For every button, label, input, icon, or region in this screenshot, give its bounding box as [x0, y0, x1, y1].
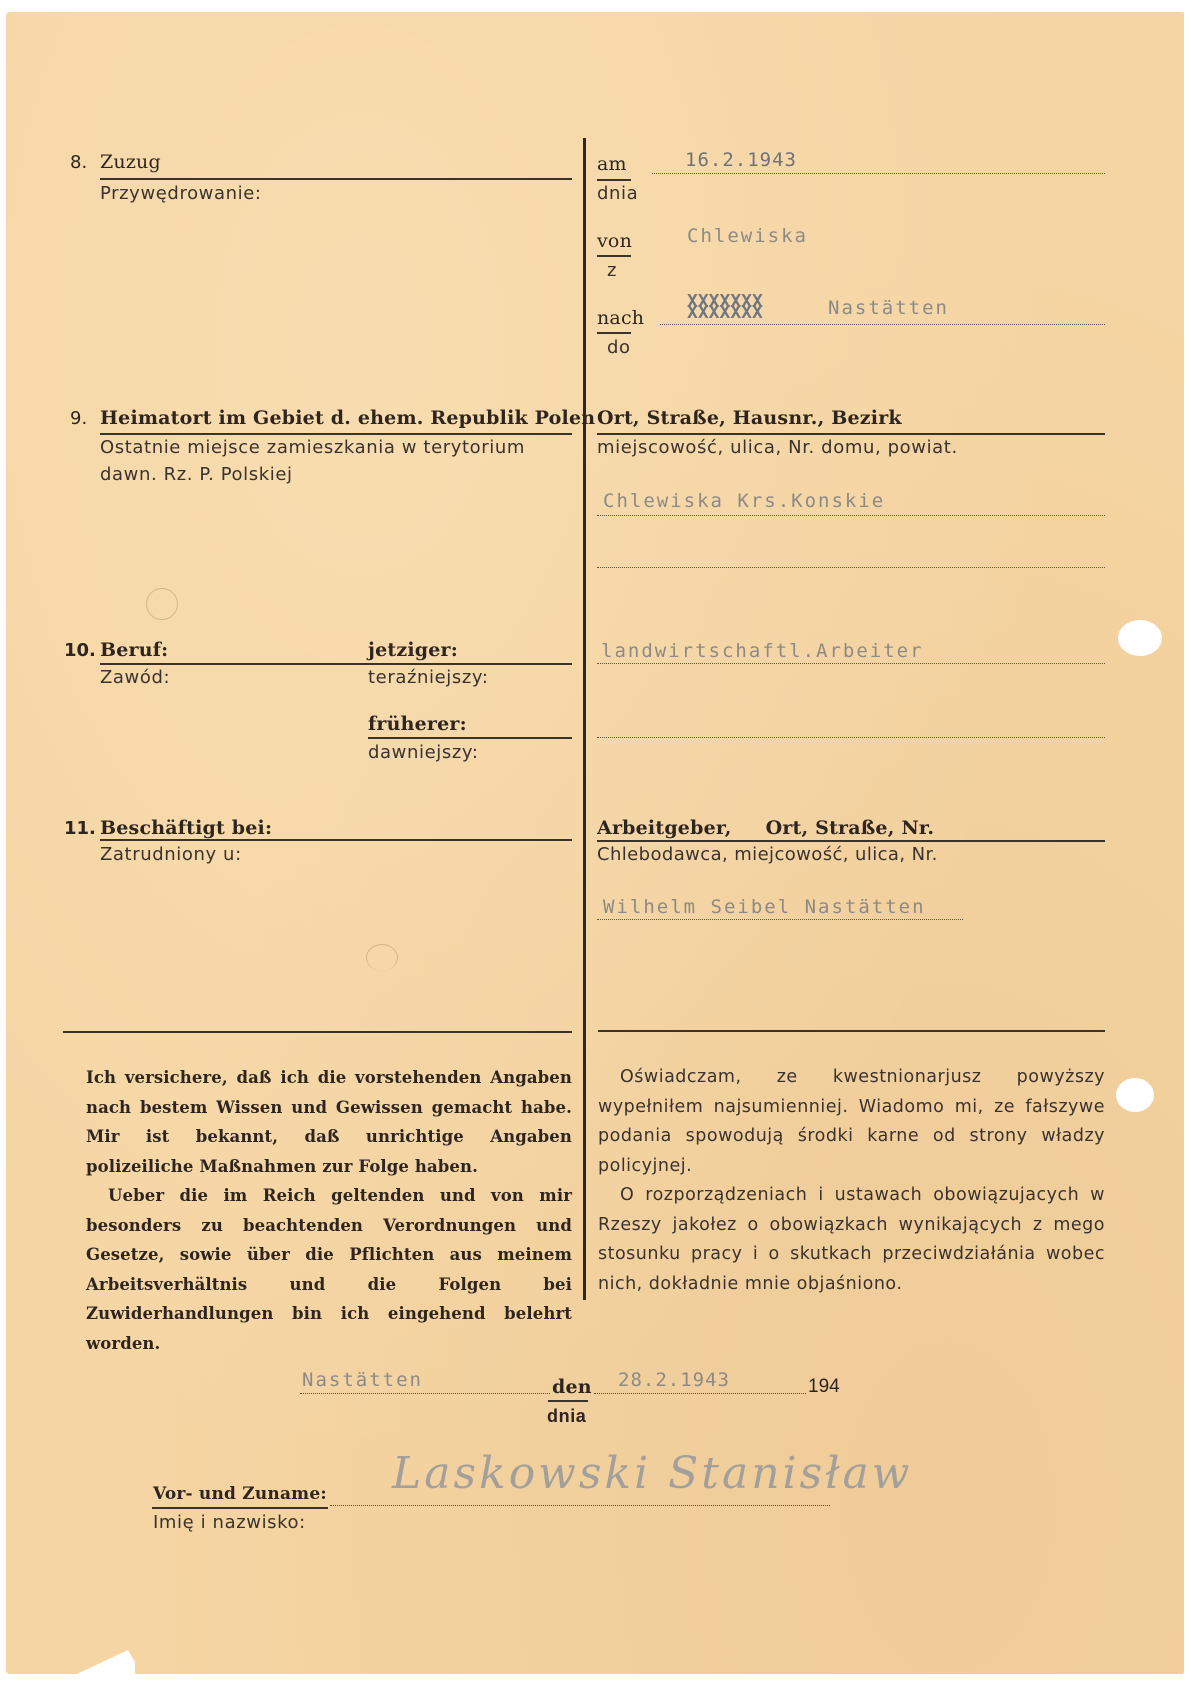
field-rule: [100, 663, 572, 665]
date-label-pl: dnia: [547, 1406, 586, 1427]
section-number: 10.: [64, 640, 96, 661]
label-pl: Zawód:: [100, 667, 170, 688]
label-de: Heimatort im Gebiet d. ehem. Republik Po…: [100, 407, 595, 429]
dotted-line: [597, 567, 1105, 568]
handwritten-signature[interactable]: Laskowski Stanisław: [392, 1448, 912, 1499]
year-prefix: 194: [808, 1376, 840, 1398]
section-number: 11.: [64, 818, 96, 839]
name-label-de: Vor- und Zuname:: [153, 1484, 327, 1504]
paper-stain: [366, 944, 398, 971]
field-rule: [597, 840, 1105, 842]
place-value[interactable]: Nastätten: [302, 1369, 423, 1391]
section-number: 9.: [70, 408, 87, 429]
field-rule: [152, 1507, 328, 1509]
current-occupation-value[interactable]: landwirtschaftl.Arbeiter: [601, 640, 924, 662]
from-label-de: von: [597, 230, 632, 252]
to-place-value[interactable]: Nastätten: [828, 297, 949, 319]
label-underline: [548, 1400, 588, 1402]
from-place-value[interactable]: Chlewiska: [687, 225, 808, 247]
name-label-pl: Imię i nazwisko:: [153, 1512, 306, 1533]
dotted-line: [597, 515, 1105, 516]
former-label-pl: dawniejszy:: [368, 742, 479, 763]
date-label-de: am: [597, 153, 627, 175]
section-number: 8.: [70, 152, 87, 173]
arrival-date-value[interactable]: 16.2.1943: [685, 149, 797, 171]
declaration-de-p1: Ich versichere, daß ich die vorstehenden…: [86, 1063, 572, 1181]
dotted-line: [652, 173, 1105, 174]
field-rule: [100, 839, 572, 841]
label-de: Zuzug: [100, 151, 161, 173]
to-label-pl: do: [607, 337, 631, 358]
punch-hole-top: [1118, 620, 1162, 656]
struck-out-text: XXXXXXX XXXXXXX: [687, 296, 763, 318]
dotted-line: [594, 1393, 806, 1394]
current-label-de: jetziger:: [368, 639, 458, 661]
label-pl: Zatrudniony u:: [100, 844, 242, 865]
dotted-line: [597, 737, 1105, 738]
declaration-polish: Oświadczam, ze kwestnionarjusz powyższy …: [598, 1063, 1105, 1299]
section-separator: [63, 1031, 572, 1033]
field-rule: [368, 737, 572, 739]
employer-label-pl: Chlebodawca, miejcowość, ulica, Nr.: [597, 844, 938, 865]
dotted-line: [330, 1505, 830, 1506]
signing-date-value[interactable]: 28.2.1943: [618, 1369, 730, 1391]
label-underline: [597, 255, 631, 257]
declaration-german: Ich versichere, daß ich die vorstehenden…: [86, 1063, 572, 1358]
column-divider: [583, 138, 586, 1300]
declaration-pl-p2: O rozporządzeniach i ustawach obowiązuja…: [598, 1181, 1105, 1299]
address-label-pl: miejscowość, ulica, Nr. domu, powiat.: [597, 437, 958, 458]
form-page: [6, 12, 1184, 1674]
to-label-de: nach: [597, 307, 644, 329]
punch-hole-bottom: [1116, 1078, 1154, 1112]
label-underline: [597, 332, 631, 334]
dotted-line: [597, 919, 963, 920]
label-de: Beruf:: [100, 639, 168, 661]
label-underline: [597, 179, 631, 181]
current-label-pl: teraźniejszy:: [368, 667, 489, 688]
employer-label-de: Arbeitgeber, Ort, Straße, Nr.: [597, 817, 934, 839]
section-separator: [598, 1030, 1105, 1032]
label-pl-line2: dawn. Rz. P. Polskiej: [100, 464, 293, 485]
field-rule: [597, 433, 1105, 435]
date-label-de: den: [552, 1376, 592, 1398]
former-label-de: früherer:: [368, 713, 467, 735]
declaration-pl-p1: Oświadczam, ze kwestnionarjusz powyższy …: [598, 1063, 1105, 1181]
address-label-de: Ort, Straße, Hausnr., Bezirk: [597, 407, 902, 429]
declaration-de-p2: Ueber die im Reich geltenden und von mir…: [86, 1181, 572, 1358]
date-label-pl: dnia: [597, 183, 638, 204]
field-rule: [100, 433, 572, 435]
torn-corner: [0, 1620, 140, 1681]
paper-stain: [146, 588, 178, 620]
label-pl: Przywędrowanie:: [100, 183, 262, 204]
home-address-value[interactable]: Chlewiska Krs.Konskie: [603, 490, 885, 512]
label-de: Beschäftigt bei:: [100, 817, 272, 839]
label-pl-line1: Ostatnie miejsce zamieszkania w terytori…: [100, 437, 525, 458]
field-rule: [100, 178, 572, 180]
dotted-line: [660, 324, 1105, 325]
from-label-pl: z: [607, 260, 617, 281]
employer-value[interactable]: Wilhelm Seibel Nastätten: [603, 896, 926, 918]
dotted-line: [300, 1393, 550, 1394]
dotted-line: [597, 663, 1105, 664]
